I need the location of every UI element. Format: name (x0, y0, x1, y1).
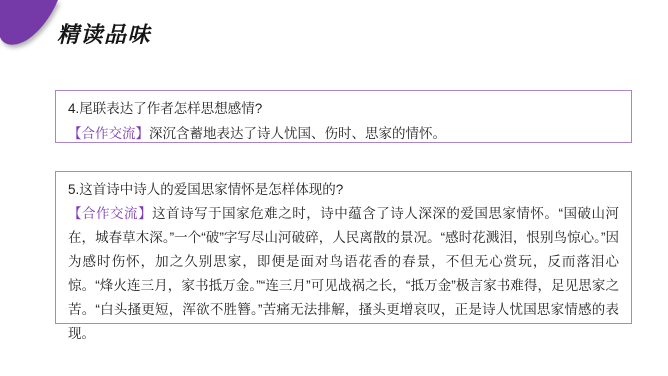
page-title: 精读品味 (57, 18, 151, 49)
question-text: 5.这首诗中诗人的爱国思家情怀是怎样体现的? (68, 178, 619, 202)
answer-label: 【合作交流】 (68, 206, 152, 221)
qa-box-question-5: 5.这首诗中诗人的爱国思家情怀是怎样体现的? 【合作交流】这首诗写于国家危难之时… (55, 171, 632, 324)
answer-text: 这首诗写于国家危难之时，诗中蕴含了诗人深深的爱国思家情怀。“国破山河在，城春草木… (68, 206, 619, 341)
answer-label: 【合作交流】 (68, 126, 149, 141)
answer-text: 深沉含蓄地表达了诗人忧国、伤时、思家的情怀。 (149, 126, 446, 141)
answer-line: 【合作交流】深沉含蓄地表达了诗人忧国、伤时、思家的情怀。 (68, 121, 619, 146)
slide: 精读品味 4.尾联表达了作者怎样思想感情? 【合作交流】深沉含蓄地表达了诗人忧国… (0, 0, 668, 376)
qa-box-question-4: 4.尾联表达了作者怎样思想感情? 【合作交流】深沉含蓄地表达了诗人忧国、伤时、思… (55, 90, 632, 143)
answer-paragraph: 【合作交流】这首诗写于国家危难之时，诗中蕴含了诗人深深的爱国思家情怀。“国破山河… (68, 202, 619, 346)
question-text: 4.尾联表达了作者怎样思想感情? (68, 96, 619, 121)
